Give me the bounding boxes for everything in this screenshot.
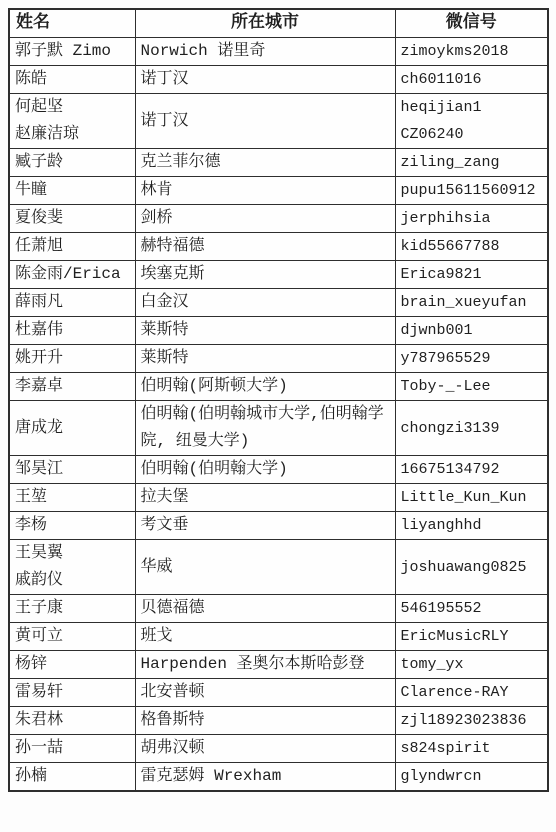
cell-name: 臧子龄 <box>9 149 135 177</box>
cell-wechat: zimoykms2018 <box>395 38 548 66</box>
cell-city: 华威 <box>135 540 395 595</box>
cell-name: 黄可立 <box>9 623 135 651</box>
cell-wechat: jerphihsia <box>395 205 548 233</box>
table-row: 雷易轩北安普顿Clarence-RAY <box>9 679 548 707</box>
cell-wechat: tomy_yx <box>395 651 548 679</box>
cell-wechat: heqijian1 CZ06240 <box>395 94 548 149</box>
cell-name: 邹昊江 <box>9 456 135 484</box>
cell-city: 贝德福德 <box>135 595 395 623</box>
cell-wechat: EricMusicRLY <box>395 623 548 651</box>
cell-wechat: Toby-_-Lee <box>395 373 548 401</box>
cell-city: 白金汉 <box>135 289 395 317</box>
cell-name: 唐成龙 <box>9 401 135 456</box>
table-row: 王昊翼 戚韵仪华威joshuawang0825 <box>9 540 548 595</box>
header-row: 姓名 所在城市 微信号 <box>9 9 548 38</box>
cell-name: 王昊翼 戚韵仪 <box>9 540 135 595</box>
table-row: 李杨考文垂liyanghhd <box>9 512 548 540</box>
cell-wechat: 16675134792 <box>395 456 548 484</box>
cell-wechat: brain_xueyufan <box>395 289 548 317</box>
contact-table: 姓名 所在城市 微信号 郭子默 ZimoNorwich 诺里奇zimoykms2… <box>8 8 549 792</box>
cell-wechat: s824spirit <box>395 735 548 763</box>
cell-wechat: kid55667788 <box>395 233 548 261</box>
table-row: 唐成龙伯明翰(伯明翰城市大学,伯明翰学院, 纽曼大学)chongzi3139 <box>9 401 548 456</box>
cell-city: 伯明翰(阿斯顿大学) <box>135 373 395 401</box>
table-row: 邹昊江伯明翰(伯明翰大学)16675134792 <box>9 456 548 484</box>
table-row: 薛雨凡白金汉brain_xueyufan <box>9 289 548 317</box>
cell-name: 薛雨凡 <box>9 289 135 317</box>
cell-city: 伯明翰(伯明翰城市大学,伯明翰学院, 纽曼大学) <box>135 401 395 456</box>
cell-wechat: liyanghhd <box>395 512 548 540</box>
cell-name: 夏俊斐 <box>9 205 135 233</box>
cell-wechat: pupu15611560912 <box>395 177 548 205</box>
cell-city: 北安普顿 <box>135 679 395 707</box>
table-row: 臧子龄克兰菲尔德ziling_zang <box>9 149 548 177</box>
cell-city: 林肯 <box>135 177 395 205</box>
cell-wechat: zjl18923023836 <box>395 707 548 735</box>
cell-wechat: Little_Kun_Kun <box>395 484 548 512</box>
cell-city: 克兰菲尔德 <box>135 149 395 177</box>
table-row: 孙一喆胡弗汉顿s824spirit <box>9 735 548 763</box>
table-row: 陈皓诺丁汉ch6011016 <box>9 66 548 94</box>
cell-name: 朱君林 <box>9 707 135 735</box>
cell-name: 陈金雨/Erica <box>9 261 135 289</box>
cell-city: 赫特福德 <box>135 233 395 261</box>
cell-city: 胡弗汉顿 <box>135 735 395 763</box>
cell-name: 杨锌 <box>9 651 135 679</box>
cell-name: 任萧旭 <box>9 233 135 261</box>
cell-wechat: Clarence-RAY <box>395 679 548 707</box>
table-row: 黄可立班戈EricMusicRLY <box>9 623 548 651</box>
cell-wechat: glyndwrcn <box>395 763 548 792</box>
cell-city: 埃塞克斯 <box>135 261 395 289</box>
cell-name: 孙一喆 <box>9 735 135 763</box>
table-row: 任萧旭赫特福德kid55667788 <box>9 233 548 261</box>
header-name: 姓名 <box>9 9 135 38</box>
cell-name: 牛瞳 <box>9 177 135 205</box>
cell-city: 莱斯特 <box>135 317 395 345</box>
cell-wechat: Erica9821 <box>395 261 548 289</box>
cell-name: 李杨 <box>9 512 135 540</box>
cell-city: 伯明翰(伯明翰大学) <box>135 456 395 484</box>
table-row: 李嘉卓伯明翰(阿斯顿大学)Toby-_-Lee <box>9 373 548 401</box>
cell-name: 姚开升 <box>9 345 135 373</box>
cell-wechat: djwnb001 <box>395 317 548 345</box>
header-wechat: 微信号 <box>395 9 548 38</box>
cell-city: 考文垂 <box>135 512 395 540</box>
table-row: 孙楠雷克瑟姆 Wrexhamglyndwrcn <box>9 763 548 792</box>
cell-wechat: joshuawang0825 <box>395 540 548 595</box>
cell-city: Norwich 诺里奇 <box>135 38 395 66</box>
cell-name: 杜嘉伟 <box>9 317 135 345</box>
cell-wechat: ziling_zang <box>395 149 548 177</box>
cell-wechat: chongzi3139 <box>395 401 548 456</box>
table-row: 郭子默 ZimoNorwich 诺里奇zimoykms2018 <box>9 38 548 66</box>
cell-city: 班戈 <box>135 623 395 651</box>
cell-city: 剑桥 <box>135 205 395 233</box>
cell-name: 雷易轩 <box>9 679 135 707</box>
table-row: 姚开升莱斯特y787965529 <box>9 345 548 373</box>
table-row: 杨锌Harpenden 圣奥尔本斯哈彭登tomy_yx <box>9 651 548 679</box>
cell-city: 格鲁斯特 <box>135 707 395 735</box>
table-row: 王子康贝德福德546195552 <box>9 595 548 623</box>
table-header: 姓名 所在城市 微信号 <box>9 9 548 38</box>
cell-city: 拉夫堡 <box>135 484 395 512</box>
table-row: 杜嘉伟莱斯特djwnb001 <box>9 317 548 345</box>
cell-city: 诺丁汉 <box>135 66 395 94</box>
cell-name: 王子康 <box>9 595 135 623</box>
page: 姓名 所在城市 微信号 郭子默 ZimoNorwich 诺里奇zimoykms2… <box>0 0 556 832</box>
cell-name: 何起坚 赵廉洁琼 <box>9 94 135 149</box>
cell-wechat: ch6011016 <box>395 66 548 94</box>
table-row: 牛瞳林肯pupu15611560912 <box>9 177 548 205</box>
cell-city: Harpenden 圣奥尔本斯哈彭登 <box>135 651 395 679</box>
table-row: 陈金雨/Erica埃塞克斯Erica9821 <box>9 261 548 289</box>
table-row: 夏俊斐剑桥jerphihsia <box>9 205 548 233</box>
cell-name: 陈皓 <box>9 66 135 94</box>
header-city: 所在城市 <box>135 9 395 38</box>
cell-name: 李嘉卓 <box>9 373 135 401</box>
table-row: 王堃拉夫堡Little_Kun_Kun <box>9 484 548 512</box>
cell-city: 诺丁汉 <box>135 94 395 149</box>
cell-wechat: 546195552 <box>395 595 548 623</box>
cell-name: 王堃 <box>9 484 135 512</box>
cell-name: 孙楠 <box>9 763 135 792</box>
cell-wechat: y787965529 <box>395 345 548 373</box>
cell-city: 雷克瑟姆 Wrexham <box>135 763 395 792</box>
table-body: 郭子默 ZimoNorwich 诺里奇zimoykms2018陈皓诺丁汉ch60… <box>9 38 548 792</box>
cell-name: 郭子默 Zimo <box>9 38 135 66</box>
table-row: 何起坚 赵廉洁琼诺丁汉heqijian1 CZ06240 <box>9 94 548 149</box>
cell-city: 莱斯特 <box>135 345 395 373</box>
table-row: 朱君林格鲁斯特zjl18923023836 <box>9 707 548 735</box>
